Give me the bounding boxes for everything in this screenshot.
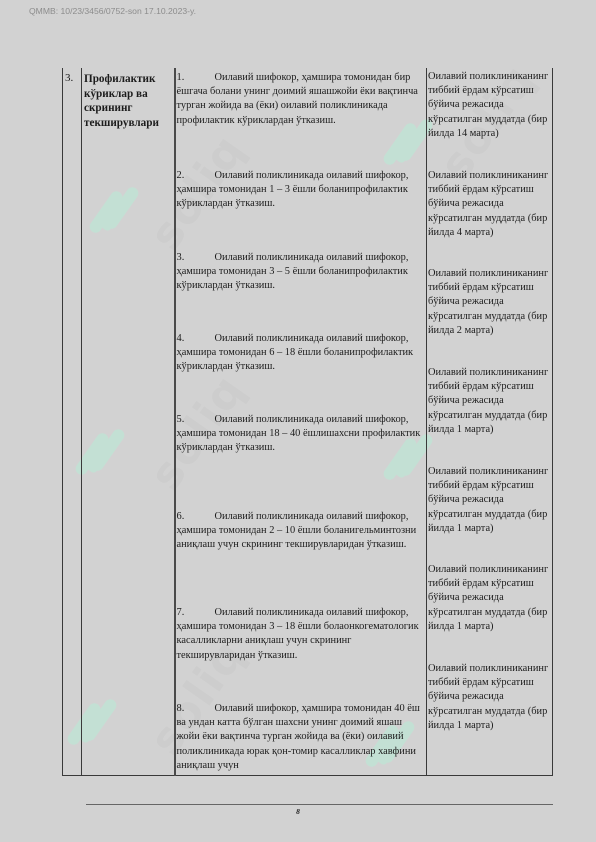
- section-title-cell: Профилактик кўриклар ва скрининг текширу…: [82, 68, 175, 776]
- list-item: 7.Оилавий поликлиникада оилавий шифокор,…: [176, 606, 427, 663]
- deadline-text: Оилавий поликлиниканинг тиббий ёрдам кўр…: [427, 267, 552, 338]
- deadline-cell: Оилавий поликлиниканинг тиббий ёрдам кўр…: [427, 68, 553, 776]
- deadline-text: Оилавий поликлиниканинг тиббий ёрдам кўр…: [427, 662, 552, 733]
- deadline-text: Оилавий поликлиниканинг тиббий ёрдам кўр…: [427, 465, 552, 536]
- list-item: 1.Оилавий шифокор, ҳамшира томонидан бир…: [176, 71, 427, 128]
- footer-divider: [86, 804, 553, 805]
- list-item: 4.Оилавий поликлиникада оилавий шифокор,…: [176, 332, 427, 375]
- items-cell: 1.Оилавий шифокор, ҳамшира томонидан бир…: [175, 68, 427, 776]
- list-item: 5.Оилавий поликлиникада оилавий шифокор,…: [176, 413, 427, 456]
- deadline-text: Оилавий поликлиниканинг тиббий ёрдам кўр…: [427, 366, 552, 437]
- section-title: Профилактик кўриклар ва скрининг текширу…: [82, 68, 174, 130]
- list-item: 2.Оилавий поликлиникада оилавий шифокор,…: [176, 169, 427, 212]
- page-number: 8: [0, 807, 596, 816]
- deadline-text: Оилавий поликлиниканинг тиббий ёрдам кўр…: [427, 169, 552, 240]
- deadline-text: Оилавий поликлиниканинг тиббий ёрдам кўр…: [427, 70, 552, 141]
- row-number-cell: 3.: [63, 68, 82, 776]
- row-number: 3.: [63, 68, 81, 85]
- list-item: 3.Оилавий поликлиникада оилавий шифокор,…: [176, 251, 427, 294]
- services-table: 3. Профилактик кўриклар ва скрининг текш…: [62, 68, 553, 776]
- deadline-text: Оилавий поликлиниканинг тиббий ёрдам кўр…: [427, 563, 552, 634]
- list-item: 8.Оилавий шифокор, ҳамшира томонидан 40 …: [176, 702, 427, 773]
- document-reference: QMMB: 10/23/3456/0752-son 17.10.2023-y.: [29, 6, 239, 16]
- list-item: 6.Оилавий поликлиникада оилавий шифокор,…: [176, 510, 427, 553]
- table-row: 3. Профилактик кўриклар ва скрининг текш…: [63, 68, 553, 776]
